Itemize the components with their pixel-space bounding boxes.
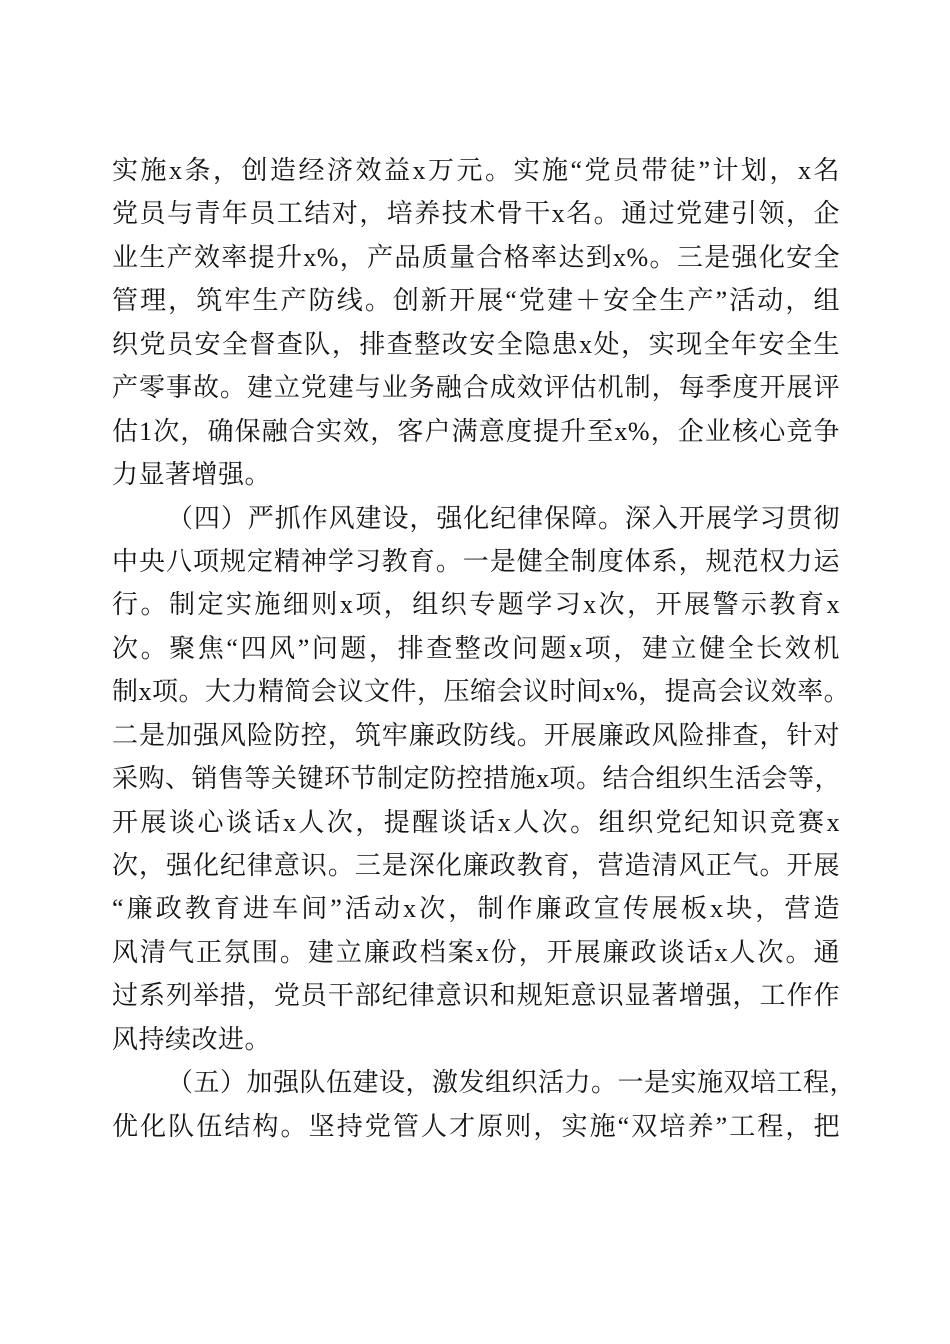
- text-line: 二是加强风险防控，筑牢廉政防线。开展廉政风险排查，针对: [112, 714, 840, 757]
- text-line: 行。制定实施细则x项，组织专题学习x次，开展警示教育x: [112, 583, 840, 626]
- text-line: 制x项。大力精简会议文件，压缩会议时间x%，提高会议效率。: [112, 670, 840, 713]
- text-line: 开展谈心谈话x人次，提醒谈话x人次。组织党纪知识竞赛x: [112, 801, 840, 844]
- text-line: 风清气正氛围。建立廉政档案x份，开展廉政谈话x人次。通: [112, 931, 840, 974]
- text-line: 织党员安全督查队，排查整改安全隐患x处，实现全年安全生: [112, 323, 840, 366]
- text-line: 业生产效率提升x%，产品质量合格率达到x%。三是强化安全: [112, 236, 840, 279]
- text-line: 优化队伍结构。坚持党管人才原则，实施“双培养”工程，把: [112, 1105, 840, 1148]
- document-page: 实施x条，创造经济效益x万元。实施“党员带徒”计划，x名 党员与青年员工结对，培…: [0, 0, 950, 1344]
- text-line: 风持续改进。: [112, 1018, 840, 1061]
- text-line: 过系列举措，党员干部纪律意识和规矩意识显著增强，工作作: [112, 974, 840, 1017]
- section-five-heading-line: （五）加强队伍建设，激发组织活力。一是实施双培工程，: [112, 1061, 840, 1104]
- paragraph-section-five: （五）加强队伍建设，激发组织活力。一是实施双培工程， 优化队伍结构。坚持党管人才…: [112, 1061, 840, 1148]
- text-line: 管理，筑牢生产防线。创新开展“党建＋安全生产”活动，组: [112, 279, 840, 322]
- text-line: 次。聚焦“四风”问题，排查整改问题x项，建立健全长效机: [112, 627, 840, 670]
- document-body: 实施x条，创造经济效益x万元。实施“党员带徒”计划，x名 党员与青年员工结对，培…: [112, 149, 840, 1148]
- text-line: 次，强化纪律意识。三是深化廉政教育，营造清风正气。开展: [112, 844, 840, 887]
- text-line: 采购、销售等关键环节制定防控措施x项。结合组织生活会等，: [112, 757, 840, 800]
- paragraph-continuation: 实施x条，创造经济效益x万元。实施“党员带徒”计划，x名 党员与青年员工结对，培…: [112, 149, 840, 497]
- section-four-heading-line: （四）严抓作风建设，强化纪律保障。深入开展学习贯彻: [112, 497, 840, 540]
- text-line: 党员与青年员工结对，培养技术骨干x名。通过党建引领，企: [112, 192, 840, 235]
- text-line: “廉政教育进车间”活动x次，制作廉政宣传展板x块，营造: [112, 887, 840, 930]
- text-line: 中央八项规定精神学习教育。一是健全制度体系，规范权力运: [112, 540, 840, 583]
- text-line: 实施x条，创造经济效益x万元。实施“党员带徒”计划，x名: [112, 149, 840, 192]
- paragraph-section-four: （四）严抓作风建设，强化纪律保障。深入开展学习贯彻 中央八项规定精神学习教育。一…: [112, 497, 840, 1062]
- text-line: 力显著增强。: [112, 453, 840, 496]
- text-line: 产零事故。建立党建与业务融合成效评估机制，每季度开展评: [112, 366, 840, 409]
- text-line: 估1次，确保融合实效，客户满意度提升至x%，企业核心竞争: [112, 410, 840, 453]
